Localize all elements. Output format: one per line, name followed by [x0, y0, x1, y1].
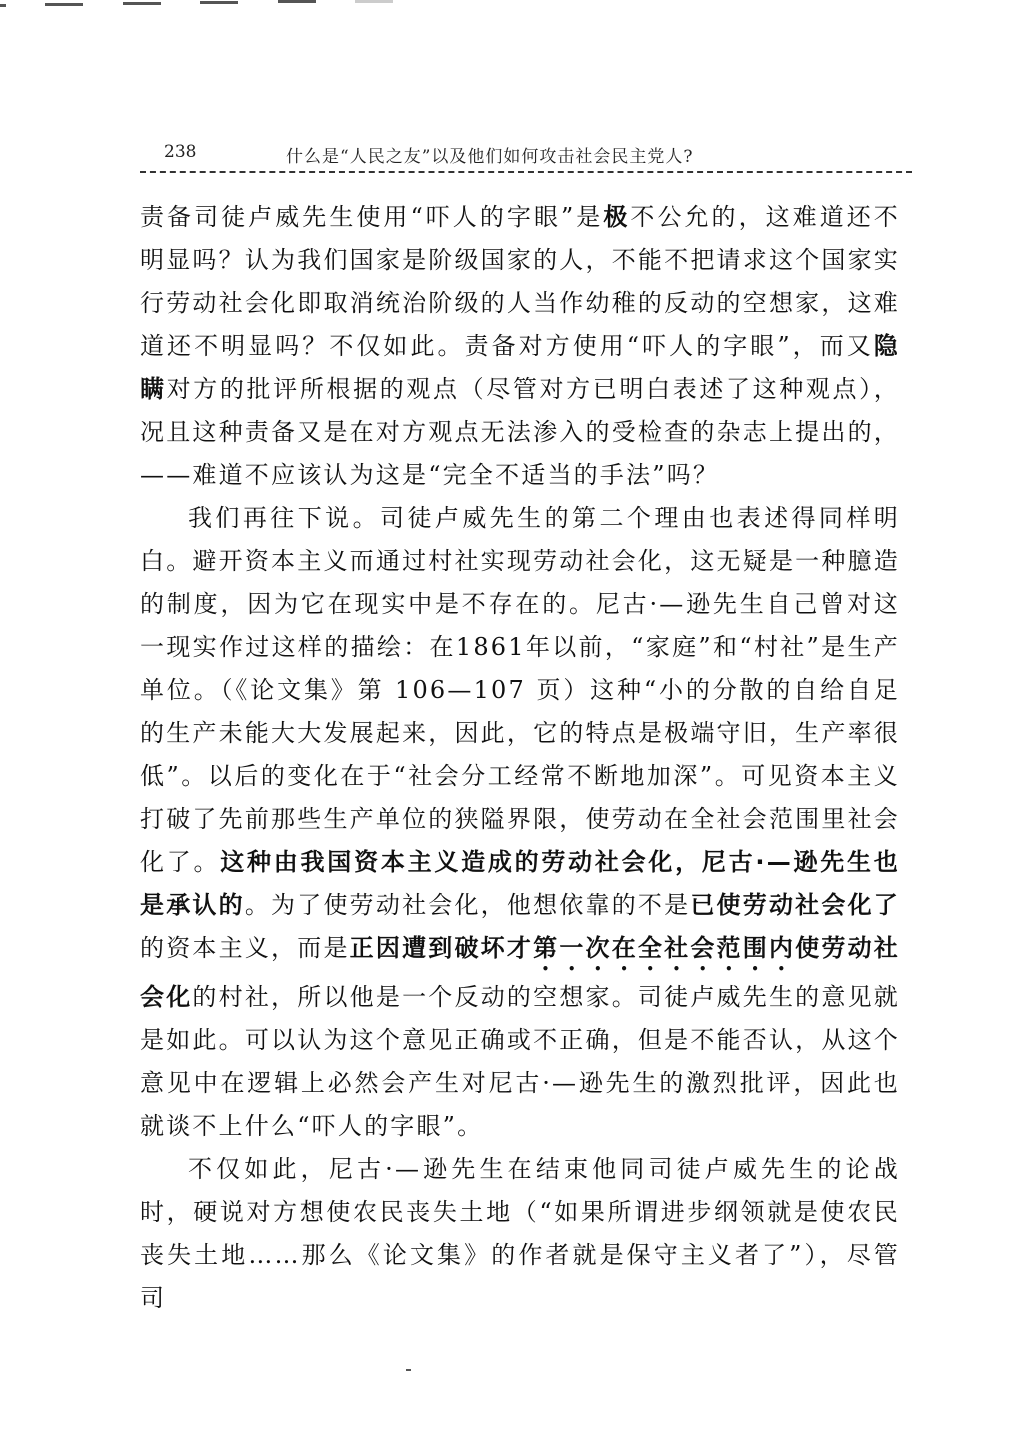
paragraph: 责备司徒卢威先生使用“吓人的字眼”是极不公允的，这难道还不明显吗？认为我们国家是…: [140, 196, 900, 497]
text-run: 的资本主义，而是: [140, 934, 350, 962]
text-run: 责备司徒卢威先生使用“吓人的字眼”是: [140, 203, 603, 231]
emphasis-run: 已使劳动社会化了: [690, 891, 900, 919]
running-header: 238 什么是“人民之友”以及他们如何攻击社会民主党人?: [140, 142, 900, 166]
text-run: 我们再往下说。司徒卢威先生的第二个理由也表述得同样明白。避开资本主义而通过村社实…: [140, 504, 900, 876]
text-run: 的村社，所以他是一个反动的空想家。司徒卢威先生的意见就是如此。可以认为这个意见正…: [140, 983, 900, 1140]
scan-artifact: [0, 4, 6, 7]
scan-artifact: [278, 0, 316, 3]
page-number: 238: [164, 142, 196, 162]
emphasis-run: 正因遭到破坏才: [350, 934, 533, 962]
body-text: 责备司徒卢威先生使用“吓人的字眼”是极不公允的，这难道还不明显吗？认为我们国家是…: [140, 196, 900, 1320]
scan-artifact: [123, 2, 161, 5]
paragraph: 不仅如此，尼古·—逊先生在结束他同司徒卢威先生的论战时，硬说对方想使农民丧失土地…: [140, 1148, 900, 1320]
header-rule: [140, 171, 912, 173]
running-title: 什么是“人民之友”以及他们如何攻击社会民主党人?: [286, 142, 694, 167]
scan-artifact: [200, 1, 238, 4]
scan-artifact: [406, 1369, 411, 1371]
text-run: 不仅如此，尼古·—逊先生在结束他同司徒卢威先生的论战时，硬说对方想使农民丧失土地…: [140, 1155, 900, 1312]
scan-artifact: [45, 3, 83, 6]
emphasis-run: 极: [603, 203, 630, 231]
scan-artifact: [355, 0, 393, 3]
paragraph: 我们再往下说。司徒卢威先生的第二个理由也表述得同样明白。避开资本主义而通过村社实…: [140, 497, 900, 1148]
text-run: 对方的批评所根据的观点（尽管对方已明白表述了这种观点），况且这种责备又是在对方观…: [140, 375, 900, 489]
text-run: 。为了使劳动社会化，他想依靠的不是: [245, 891, 691, 919]
dotted-emphasis-run: 第一次在全社会范围内: [533, 934, 795, 962]
